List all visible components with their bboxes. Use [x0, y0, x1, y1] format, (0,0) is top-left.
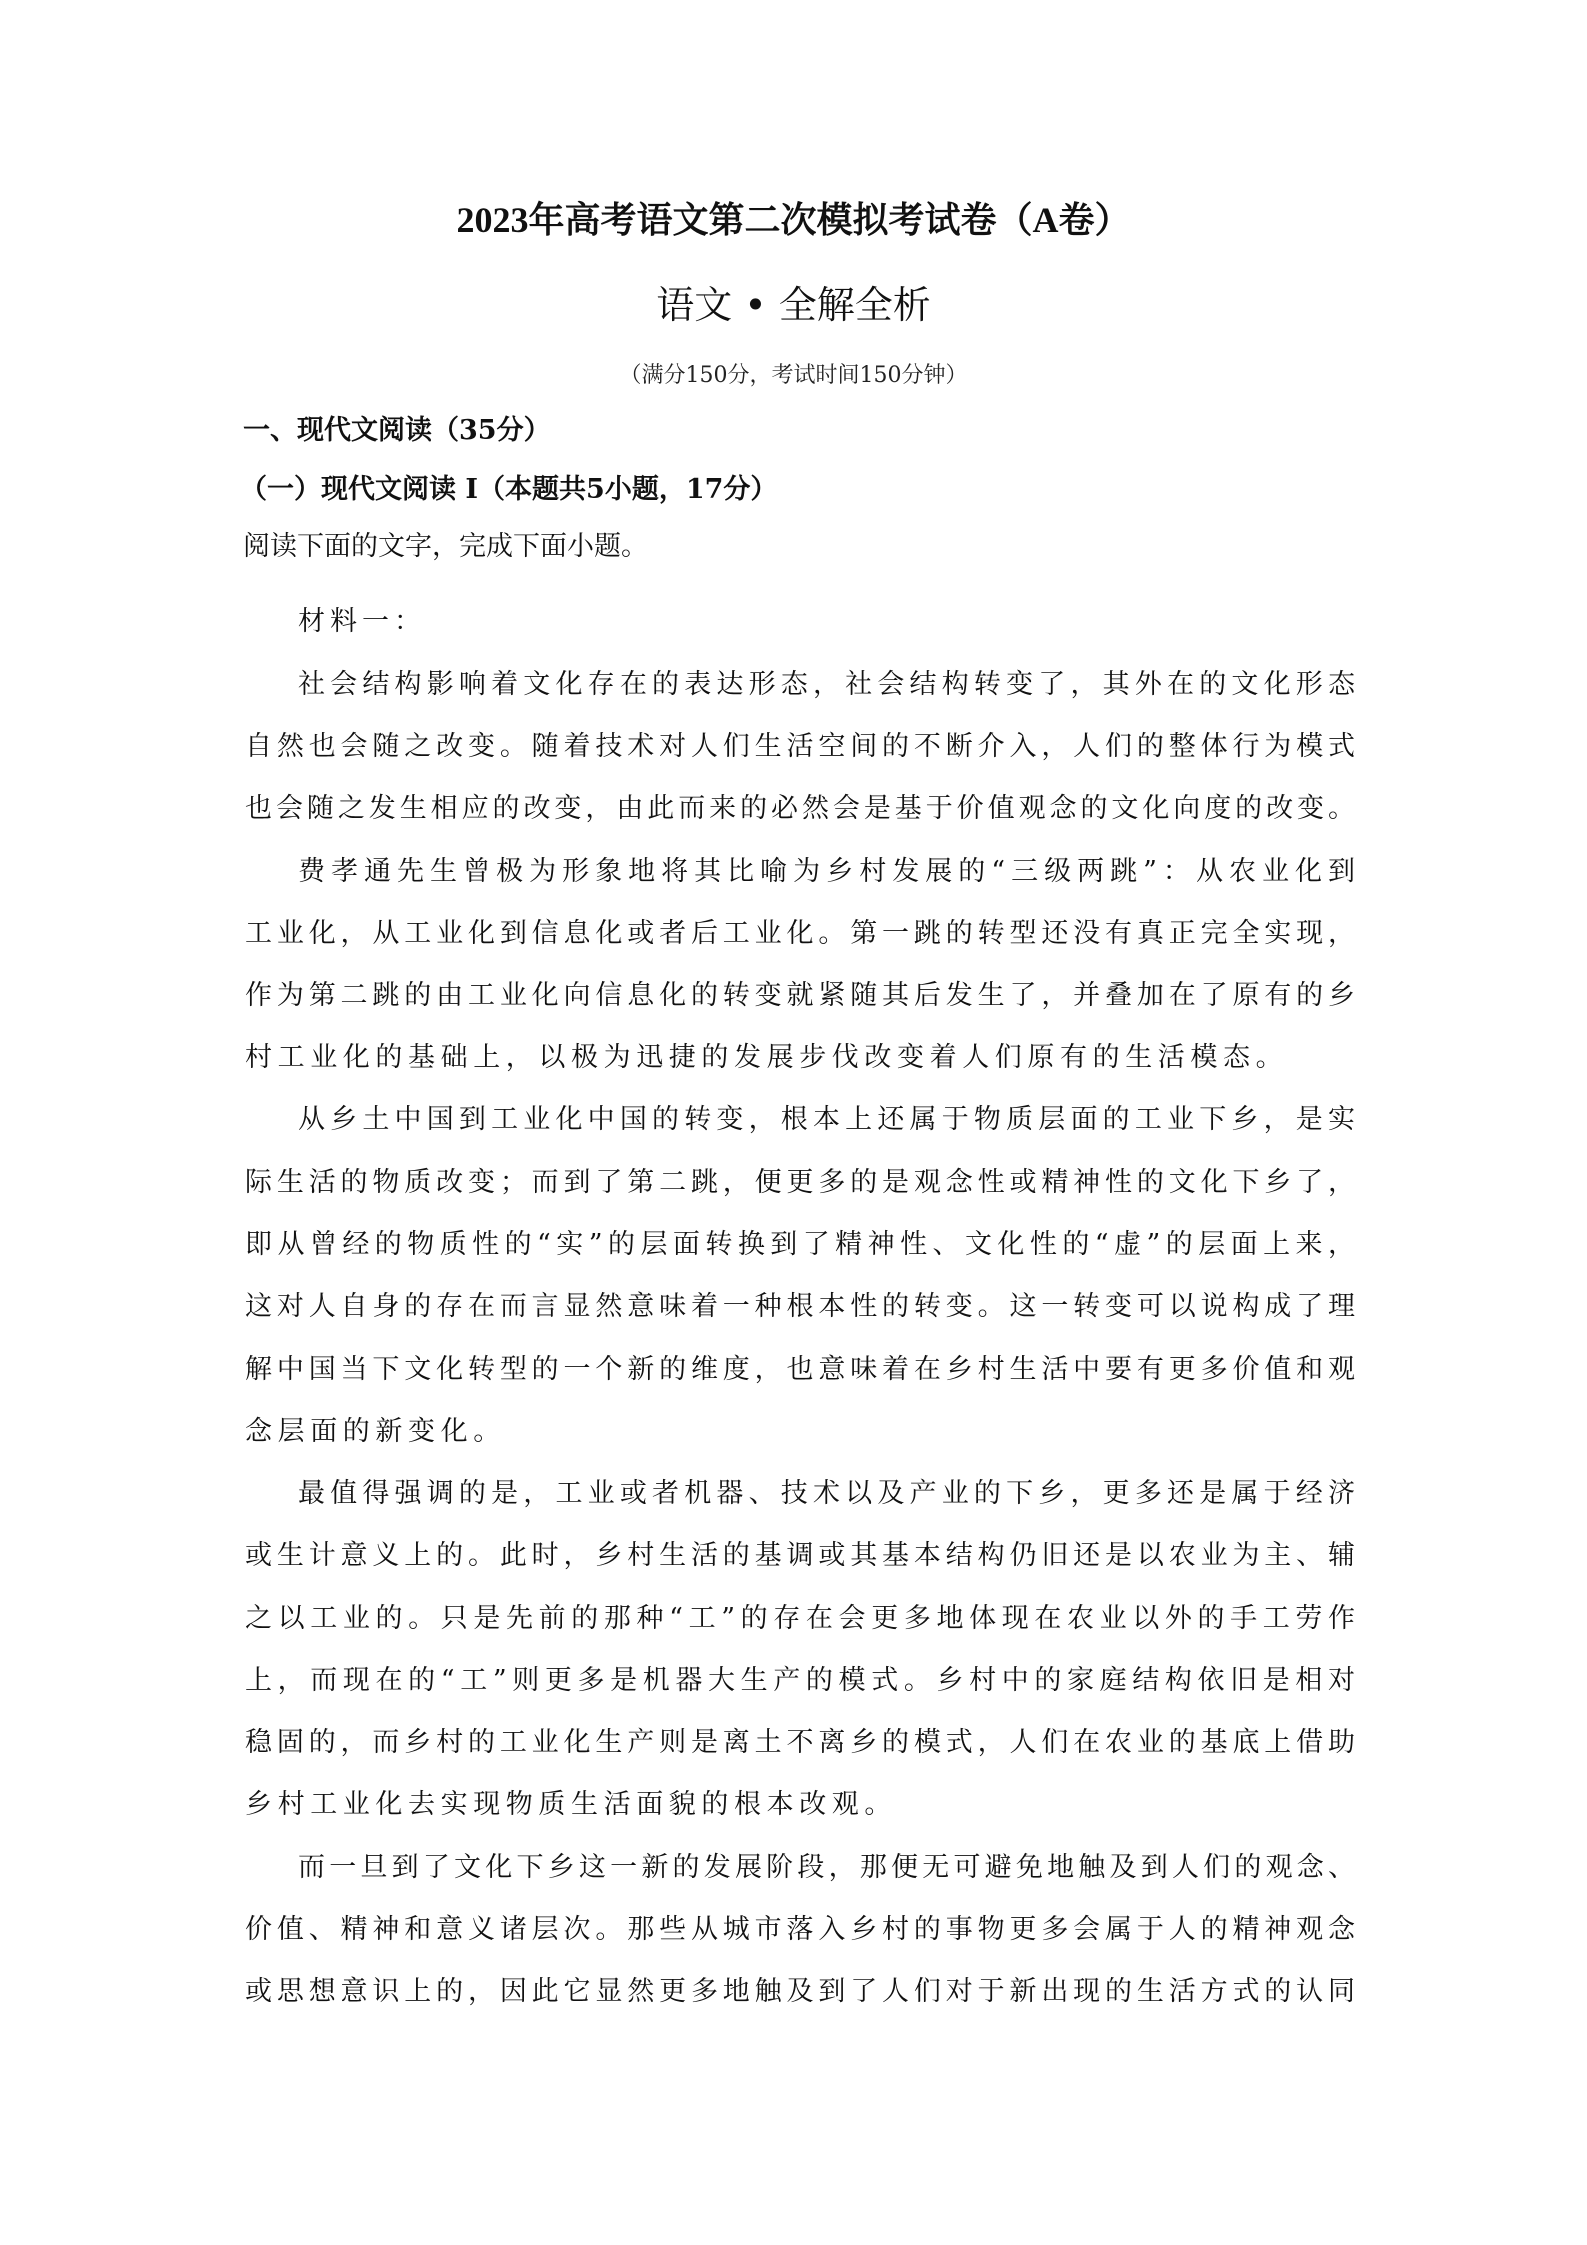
passage-line: 工业化，从工业化到信息化或者后工业化。第一跳的转型还没有真正完全实现，: [245, 917, 1355, 951]
reading-instruction: 阅读下面的文字，完成下面小题。: [243, 530, 648, 564]
passage-line: 社会结构影响着文化存在的表达形态，社会结构转变了，其外在的文化形态: [298, 668, 1355, 702]
document-page: 2023年高考语文第二次模拟考试卷（A卷） 语文 • 全解全析 （满分150分，…: [0, 0, 1587, 2245]
passage-line: 或思想意识上的，因此它显然更多地触及到了人们对于新出现的生活方式的认同: [245, 1975, 1355, 2009]
passage-line: 乡村工业化去实现物质生活面貌的根本改观。: [245, 1788, 1355, 1822]
passage-line: 稳固的，而乡村的工业化生产则是离土不离乡的模式，人们在农业的基底上借助: [245, 1726, 1355, 1760]
passage-line: 这对人自身的存在而言显然意味着一种根本性的转变。这一转变可以说构成了理: [245, 1290, 1355, 1324]
passage-line: 作为第二跳的由工业化向信息化的转变就紧随其后发生了，并叠加在了原有的乡: [245, 979, 1355, 1013]
passage-line: 村工业化的基础上，以极为迅捷的发展步伐改变着人们原有的生活模态。: [245, 1041, 1355, 1075]
passage-line: 最值得强调的是，工业或者机器、技术以及产业的下乡，更多还是属于经济: [298, 1477, 1355, 1511]
passage-line: 念层面的新变化。: [245, 1415, 1355, 1449]
subsection-heading: （一）现代文阅读 I（本题共5小题，17分）: [240, 473, 777, 507]
passage-line: 解中国当下文化转型的一个新的维度，也意味着在乡村生活中要有更多价值和观: [245, 1353, 1355, 1387]
passage-line: 即从曾经的物质性的“实”的层面转换到了精神性、文化性的“虚”的层面上来，: [245, 1228, 1355, 1262]
passage-line: 而一旦到了文化下乡这一新的发展阶段，那便无可避免地触及到人们的观念、: [298, 1851, 1355, 1885]
page-title: 2023年高考语文第二次模拟考试卷（A卷）: [0, 198, 1587, 242]
exam-info-note: （满分150分，考试时间150分钟）: [0, 362, 1587, 390]
passage-line: 也会随之发生相应的改变，由此而来的必然会是基于价值观念的文化向度的改变。: [245, 792, 1355, 826]
passage-line: 自然也会随之改变。随着技术对人们生活空间的不断介入，人们的整体行为模式: [245, 730, 1355, 764]
passage-line: 价值、精神和意义诸层次。那些从城市落入乡村的事物更多会属于人的精神观念: [245, 1913, 1355, 1947]
passage-line: 或生计意义上的。此时，乡村生活的基调或其基本结构仍旧还是以农业为主、辅: [245, 1539, 1355, 1573]
passage-line: 上，而现在的“工”则更多是机器大生产的模式。乡村中的家庭结构依旧是相对: [245, 1664, 1355, 1698]
passage-line: 之以工业的。只是先前的那种“工”的存在会更多地体现在农业以外的手工劳作: [245, 1602, 1355, 1636]
section-heading: 一、现代文阅读（35分）: [243, 414, 551, 448]
passage-line: 从乡土中国到工业化中国的转变，根本上还属于物质层面的工业下乡，是实: [298, 1103, 1355, 1137]
material-label: 材料一：: [298, 605, 426, 639]
passage-line: 费孝通先生曾极为形象地将其比喻为乡村发展的“三级两跳”：从农业化到: [298, 855, 1355, 889]
page-subtitle: 语文 • 全解全析: [0, 282, 1587, 328]
passage-line: 际生活的物质改变；而到了第二跳，便更多的是观念性或精神性的文化下乡了，: [245, 1166, 1355, 1200]
